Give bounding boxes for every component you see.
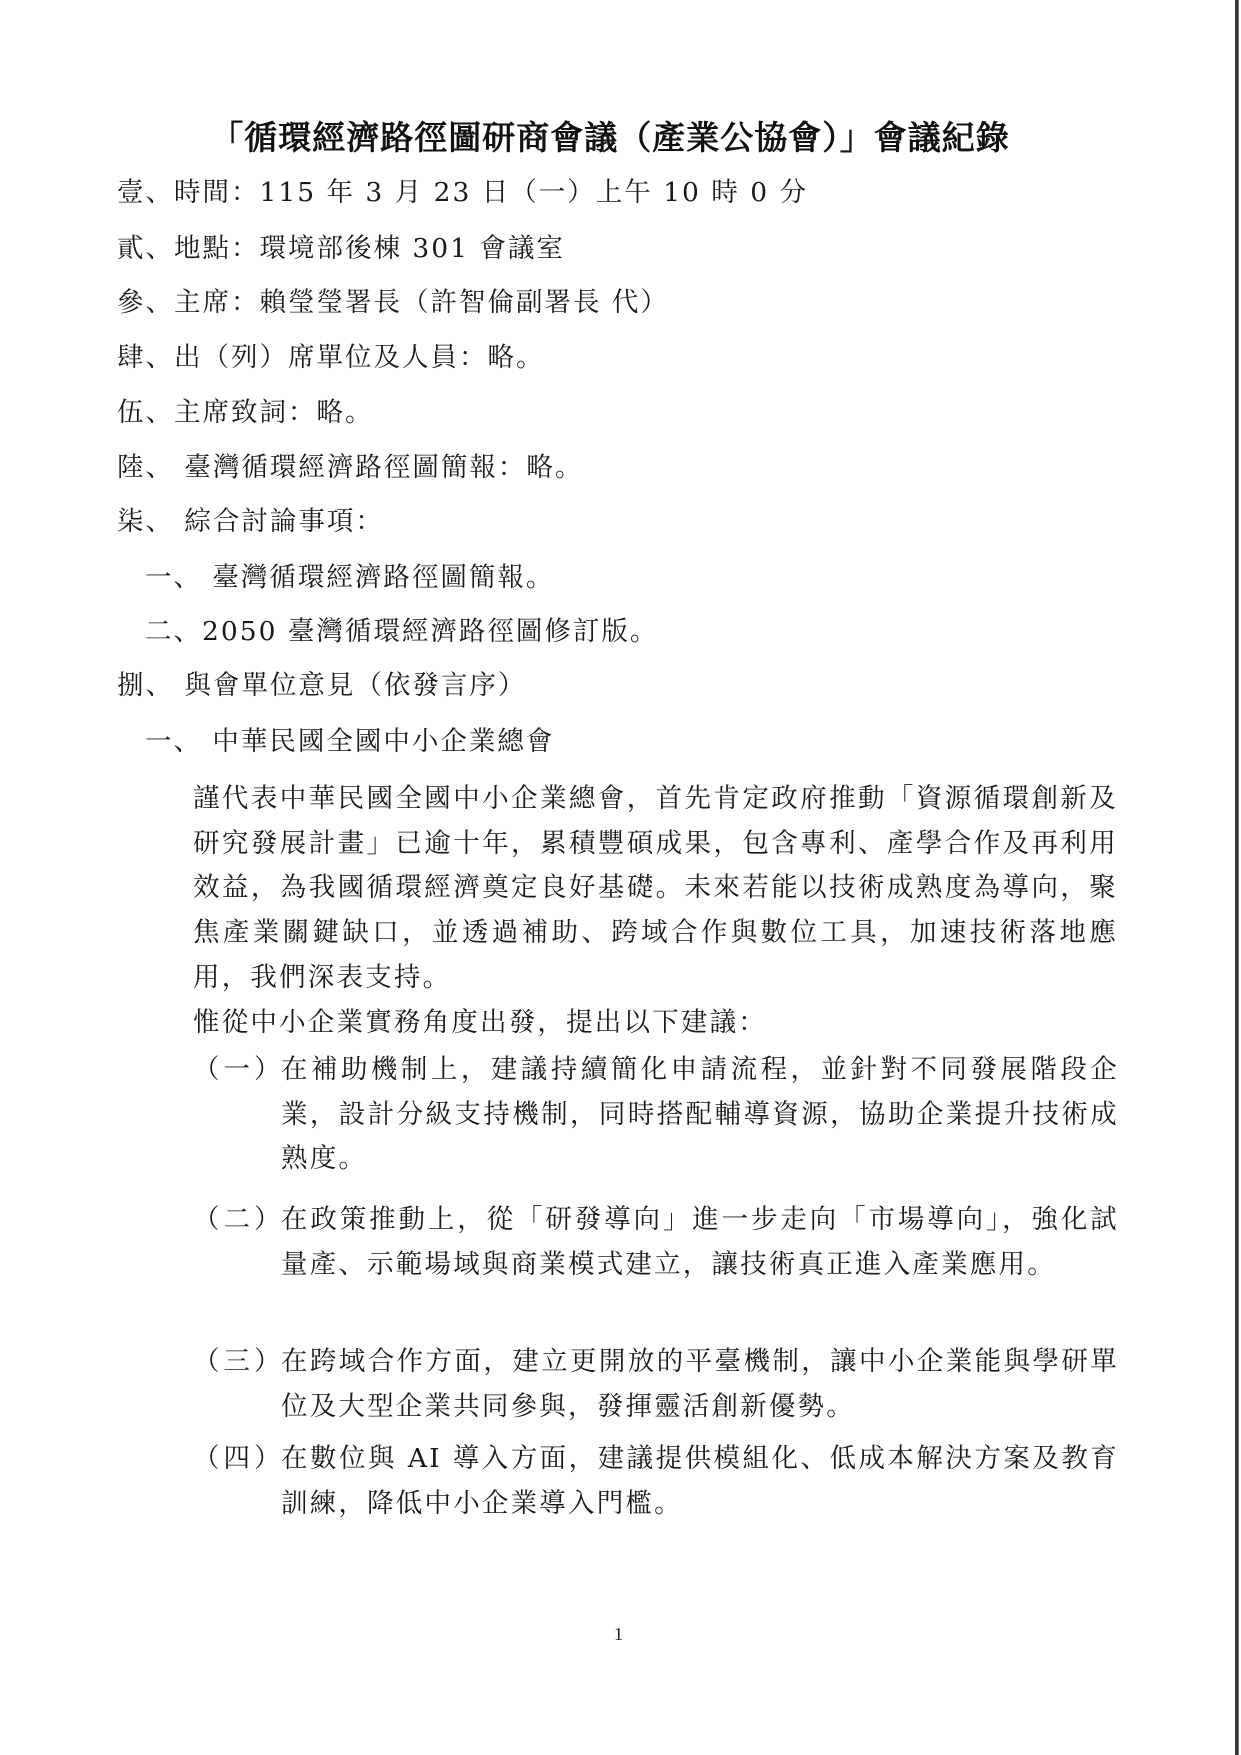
suggestions-intro: 惟從中小企業實務角度出發，提出以下建議： (193, 1003, 767, 1043)
scan-edge-shadow (1235, 0, 1239, 1755)
suggestion-text: 在政策推動上，從「研發導向」進一步走向「市場導向」，強化試量產、示範場域與商業模… (281, 1198, 1119, 1287)
suggestion-number: （三） (193, 1340, 285, 1385)
suggestion-text: 在數位與 AI 導入方面，建議提供模組化、低成本解決方案及教育訓練，降低中小企業… (281, 1437, 1119, 1526)
section-attendees: 肆、出（列）席單位及人員：略。 (117, 338, 545, 378)
section-chair-speech: 伍、主席致詞：略。 (117, 393, 374, 433)
document-title: 「循環經濟路徑圖研商會議（產業公協會）」會議紀錄 (150, 112, 1070, 159)
suggestion-text: 在補助機制上，建議持續簡化申請流程，並針對不同發展階段企業，設計分級支持機制，同… (281, 1048, 1119, 1182)
suggestion-number: （二） (193, 1198, 285, 1243)
page-number: 1 (614, 1624, 623, 1645)
section-opinions: 捌、 與會單位意見（依發言序） (117, 666, 526, 706)
section-chair: 參、主席：賴瑩瑩署長（許智倫副署長 代） (117, 283, 669, 323)
suggestion-number: （一） (193, 1048, 285, 1093)
section-briefing: 陸、 臺灣循環經濟路徑圖簡報：略。 (117, 448, 583, 488)
section-location: 貳、地點：環境部後棟 301 會議室 (117, 229, 565, 269)
discussion-item-2: 二、2050 臺灣循環經濟路徑圖修訂版。 (145, 612, 658, 652)
suggestion-text: 在跨域合作方面，建立更開放的平臺機制，讓中小企業能與學研單位及大型企業共同參與，… (281, 1340, 1119, 1429)
suggestion-number: （四） (193, 1437, 285, 1482)
section-discussion: 柒、 綜合討論事項： (117, 502, 384, 542)
unit-heading: 一、 中華民國全國中小企業總會 (145, 722, 554, 762)
discussion-item-1: 一、 臺灣循環經濟路徑圖簡報。 (145, 558, 554, 598)
unit-statement: 謹代表中華民國全國中小企業總會，首先肯定政府推動「資源循環創新及研究發展計畫」已… (193, 777, 1118, 1001)
section-time: 壹、時間：115 年 3 月 23 日（一）上午 10 時 0 分 (117, 173, 808, 213)
